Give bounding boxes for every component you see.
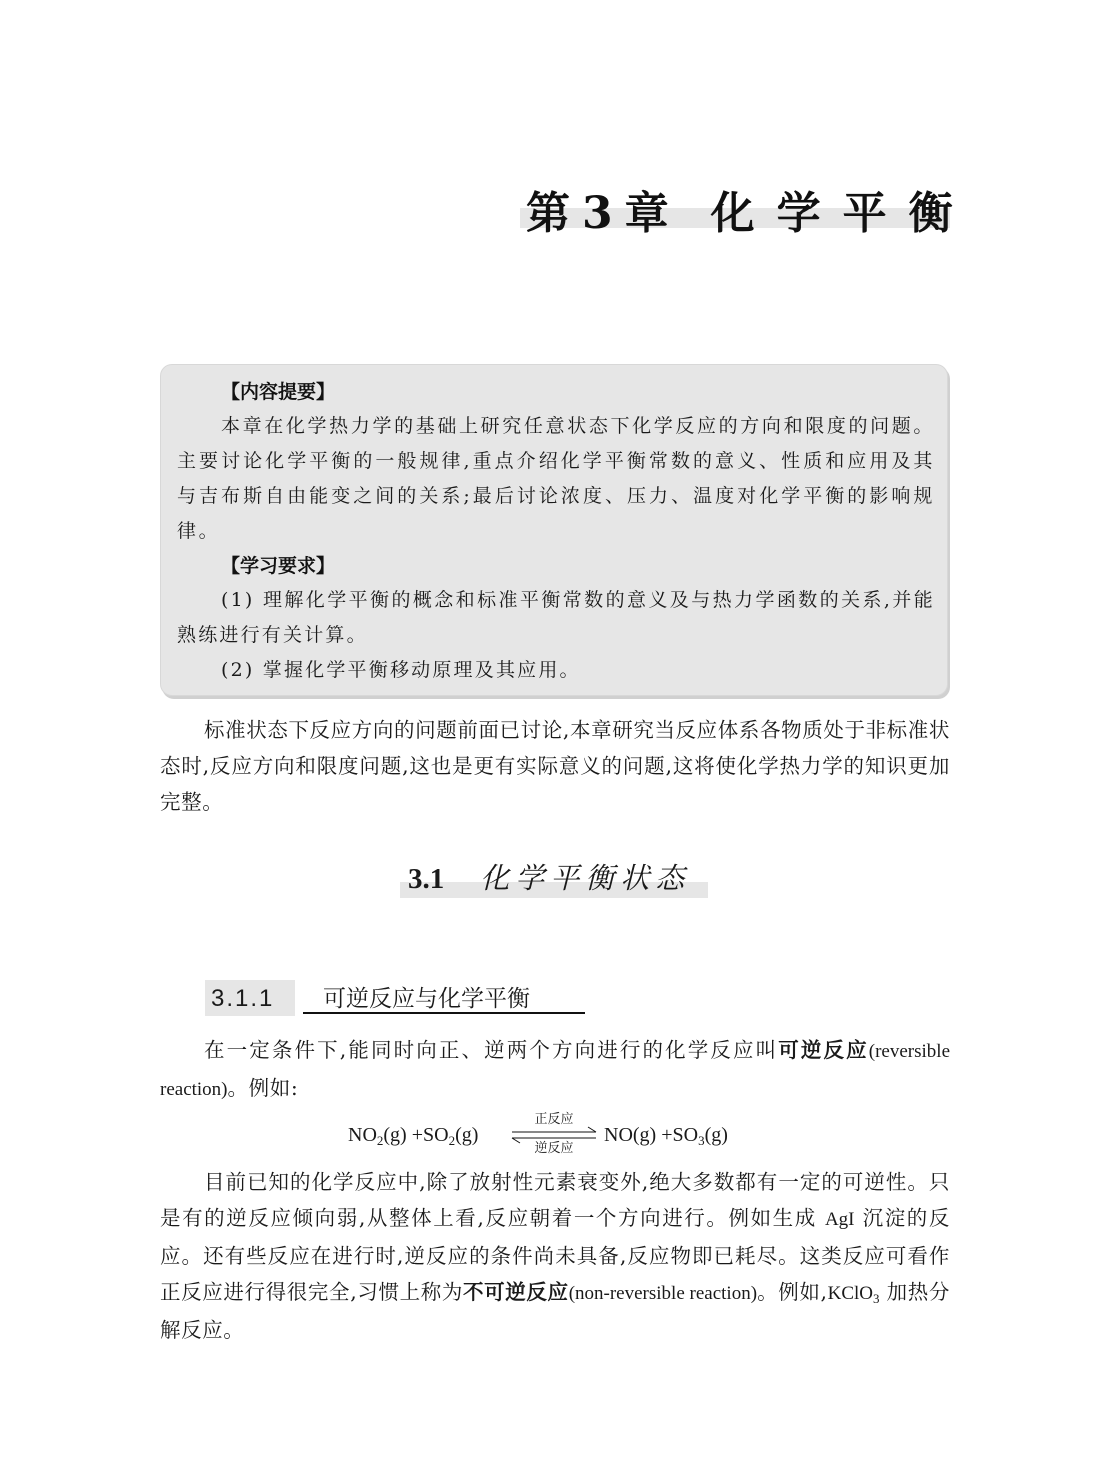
- section-heading: 3.1化学平衡状态: [400, 858, 708, 900]
- term-reversible-reaction: 可逆反应: [778, 1038, 869, 1062]
- chapter-suffix: 章: [625, 188, 671, 239]
- formula-agi: AgI: [825, 1209, 855, 1230]
- chapter-title: 第3章化学平衡: [526, 186, 975, 242]
- term-english: (non-reversible reaction): [569, 1283, 757, 1304]
- chemical-equation: NO2(g) +SO2(g) 正反应 逆反应 NO(g) +SO3(g): [348, 1110, 768, 1160]
- text-span: 。例如,: [757, 1280, 828, 1304]
- section-number: 3.1: [408, 863, 444, 895]
- equilibrium-arrow: 正反应 逆反应: [510, 1110, 598, 1160]
- equation-reactants: NO2(g) +SO2(g): [348, 1120, 478, 1150]
- section-title: 化学平衡状态: [480, 861, 690, 895]
- learning-requirements-heading: 【学习要求】: [177, 549, 935, 583]
- content-summary-heading: 【内容提要】: [177, 375, 935, 409]
- reverse-reaction-label: 逆反应: [510, 1141, 598, 1157]
- chapter-number: 3: [582, 188, 615, 239]
- text-span: 。例如:: [228, 1076, 299, 1100]
- summary-box: 【内容提要】 本章在化学热力学的基础上研究任意状态下化学反应的方向和限度的问题。…: [160, 364, 948, 696]
- term-irreversible-reaction: 不可逆反应: [463, 1280, 569, 1304]
- subsection-title: 可逆反应与化学平衡: [303, 980, 585, 1014]
- chapter-prefix: 第: [526, 188, 572, 239]
- requirement-item-1: (1) 理解化学平衡的概念和标准平衡常数的意义及与热力学函数的关系,并能熟练进行…: [177, 583, 935, 653]
- chapter-title-block: 第3章化学平衡: [520, 186, 950, 242]
- subsection-heading: 3.1.1 可逆反应与化学平衡: [205, 980, 585, 1020]
- requirement-item-2: (2) 掌握化学平衡移动原理及其应用。: [177, 653, 935, 688]
- formula-kclo3: KClO3: [828, 1283, 880, 1304]
- text-span: 在一定条件下,能同时向正、逆两个方向进行的化学反应叫: [204, 1038, 778, 1062]
- subsection-number: 3.1.1: [205, 980, 295, 1016]
- reversible-reaction-paragraph: 在一定条件下,能同时向正、逆两个方向进行的化学反应叫可逆反应(reversibl…: [160, 1032, 950, 1108]
- intro-paragraph: 标准状态下反应方向的问题前面已讨论,本章研究当反应体系各物质处于非标准状态时,反…: [160, 712, 950, 820]
- chapter-name: 化学平衡: [711, 188, 975, 239]
- equation-products: NO(g) +SO3(g): [604, 1120, 728, 1150]
- content-summary-text: 本章在化学热力学的基础上研究任意状态下化学反应的方向和限度的问题。主要讨论化学平…: [177, 409, 935, 549]
- irreversible-reaction-paragraph: 目前已知的化学反应中,除了放射性元素衰变外,绝大多数都有一定的可逆性。只是有的逆…: [160, 1164, 950, 1348]
